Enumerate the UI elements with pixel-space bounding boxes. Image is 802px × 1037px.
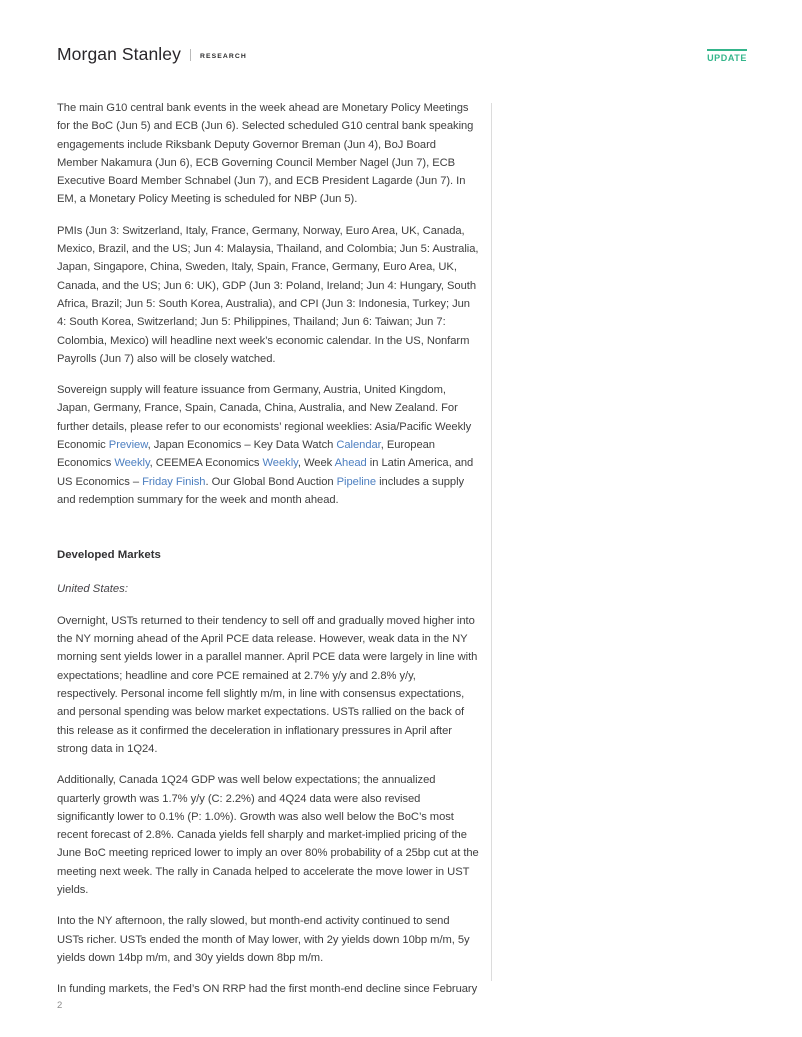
inline-link[interactable]: Weekly — [114, 457, 149, 469]
text-segment: , Week — [298, 457, 335, 469]
inline-link[interactable]: Weekly — [263, 457, 298, 469]
page: Morgan Stanley RESEARCH UPDATE The main … — [0, 0, 802, 1037]
column-separator-line — [491, 103, 492, 981]
body-paragraph-month-end: Into the NY afternoon, the rally slowed,… — [57, 912, 479, 967]
brand: Morgan Stanley RESEARCH — [57, 46, 247, 64]
text-segment: , Japan Economics – Key Data Watch — [148, 439, 337, 451]
text-segment: . Our Global Bond Auction — [205, 476, 336, 488]
inline-link[interactable]: Pipeline — [337, 476, 376, 488]
morgan-stanley-logo: Morgan Stanley — [57, 46, 181, 64]
report-header: Morgan Stanley RESEARCH UPDATE — [57, 46, 747, 64]
update-badge: UPDATE — [707, 49, 747, 63]
inline-link[interactable]: Friday Finish — [142, 476, 205, 488]
inline-link[interactable]: Calendar — [336, 439, 380, 451]
research-label: RESEARCH — [200, 50, 247, 60]
inline-link[interactable]: Preview — [109, 439, 148, 451]
body-paragraph-overnight-usts: Overnight, USTs returned to their tenden… — [57, 612, 479, 758]
section-heading-developed-markets: Developed Markets — [57, 546, 479, 564]
header-divider-line — [190, 49, 191, 61]
region-label-united-states: United States: — [57, 580, 479, 598]
body-paragraph-funding-markets: In funding markets, the Fed’s ON RRP had… — [57, 980, 479, 998]
body-paragraph-canada-gdp: Additionally, Canada 1Q24 GDP was well b… — [57, 771, 479, 899]
body-paragraph-sovereign-supply: Sovereign supply will feature issuance f… — [57, 381, 479, 509]
inline-link[interactable]: Ahead — [335, 457, 367, 469]
body-paragraph-economic-calendar: PMIs (Jun 3: Switzerland, Italy, France,… — [57, 222, 479, 368]
body-paragraph-central-banks: The main G10 central bank events in the … — [57, 99, 479, 209]
text-segment: , CEEMEA Economics — [150, 457, 263, 469]
article-body: The main G10 central bank events in the … — [57, 99, 479, 1011]
page-number: 2 — [57, 1000, 62, 1011]
